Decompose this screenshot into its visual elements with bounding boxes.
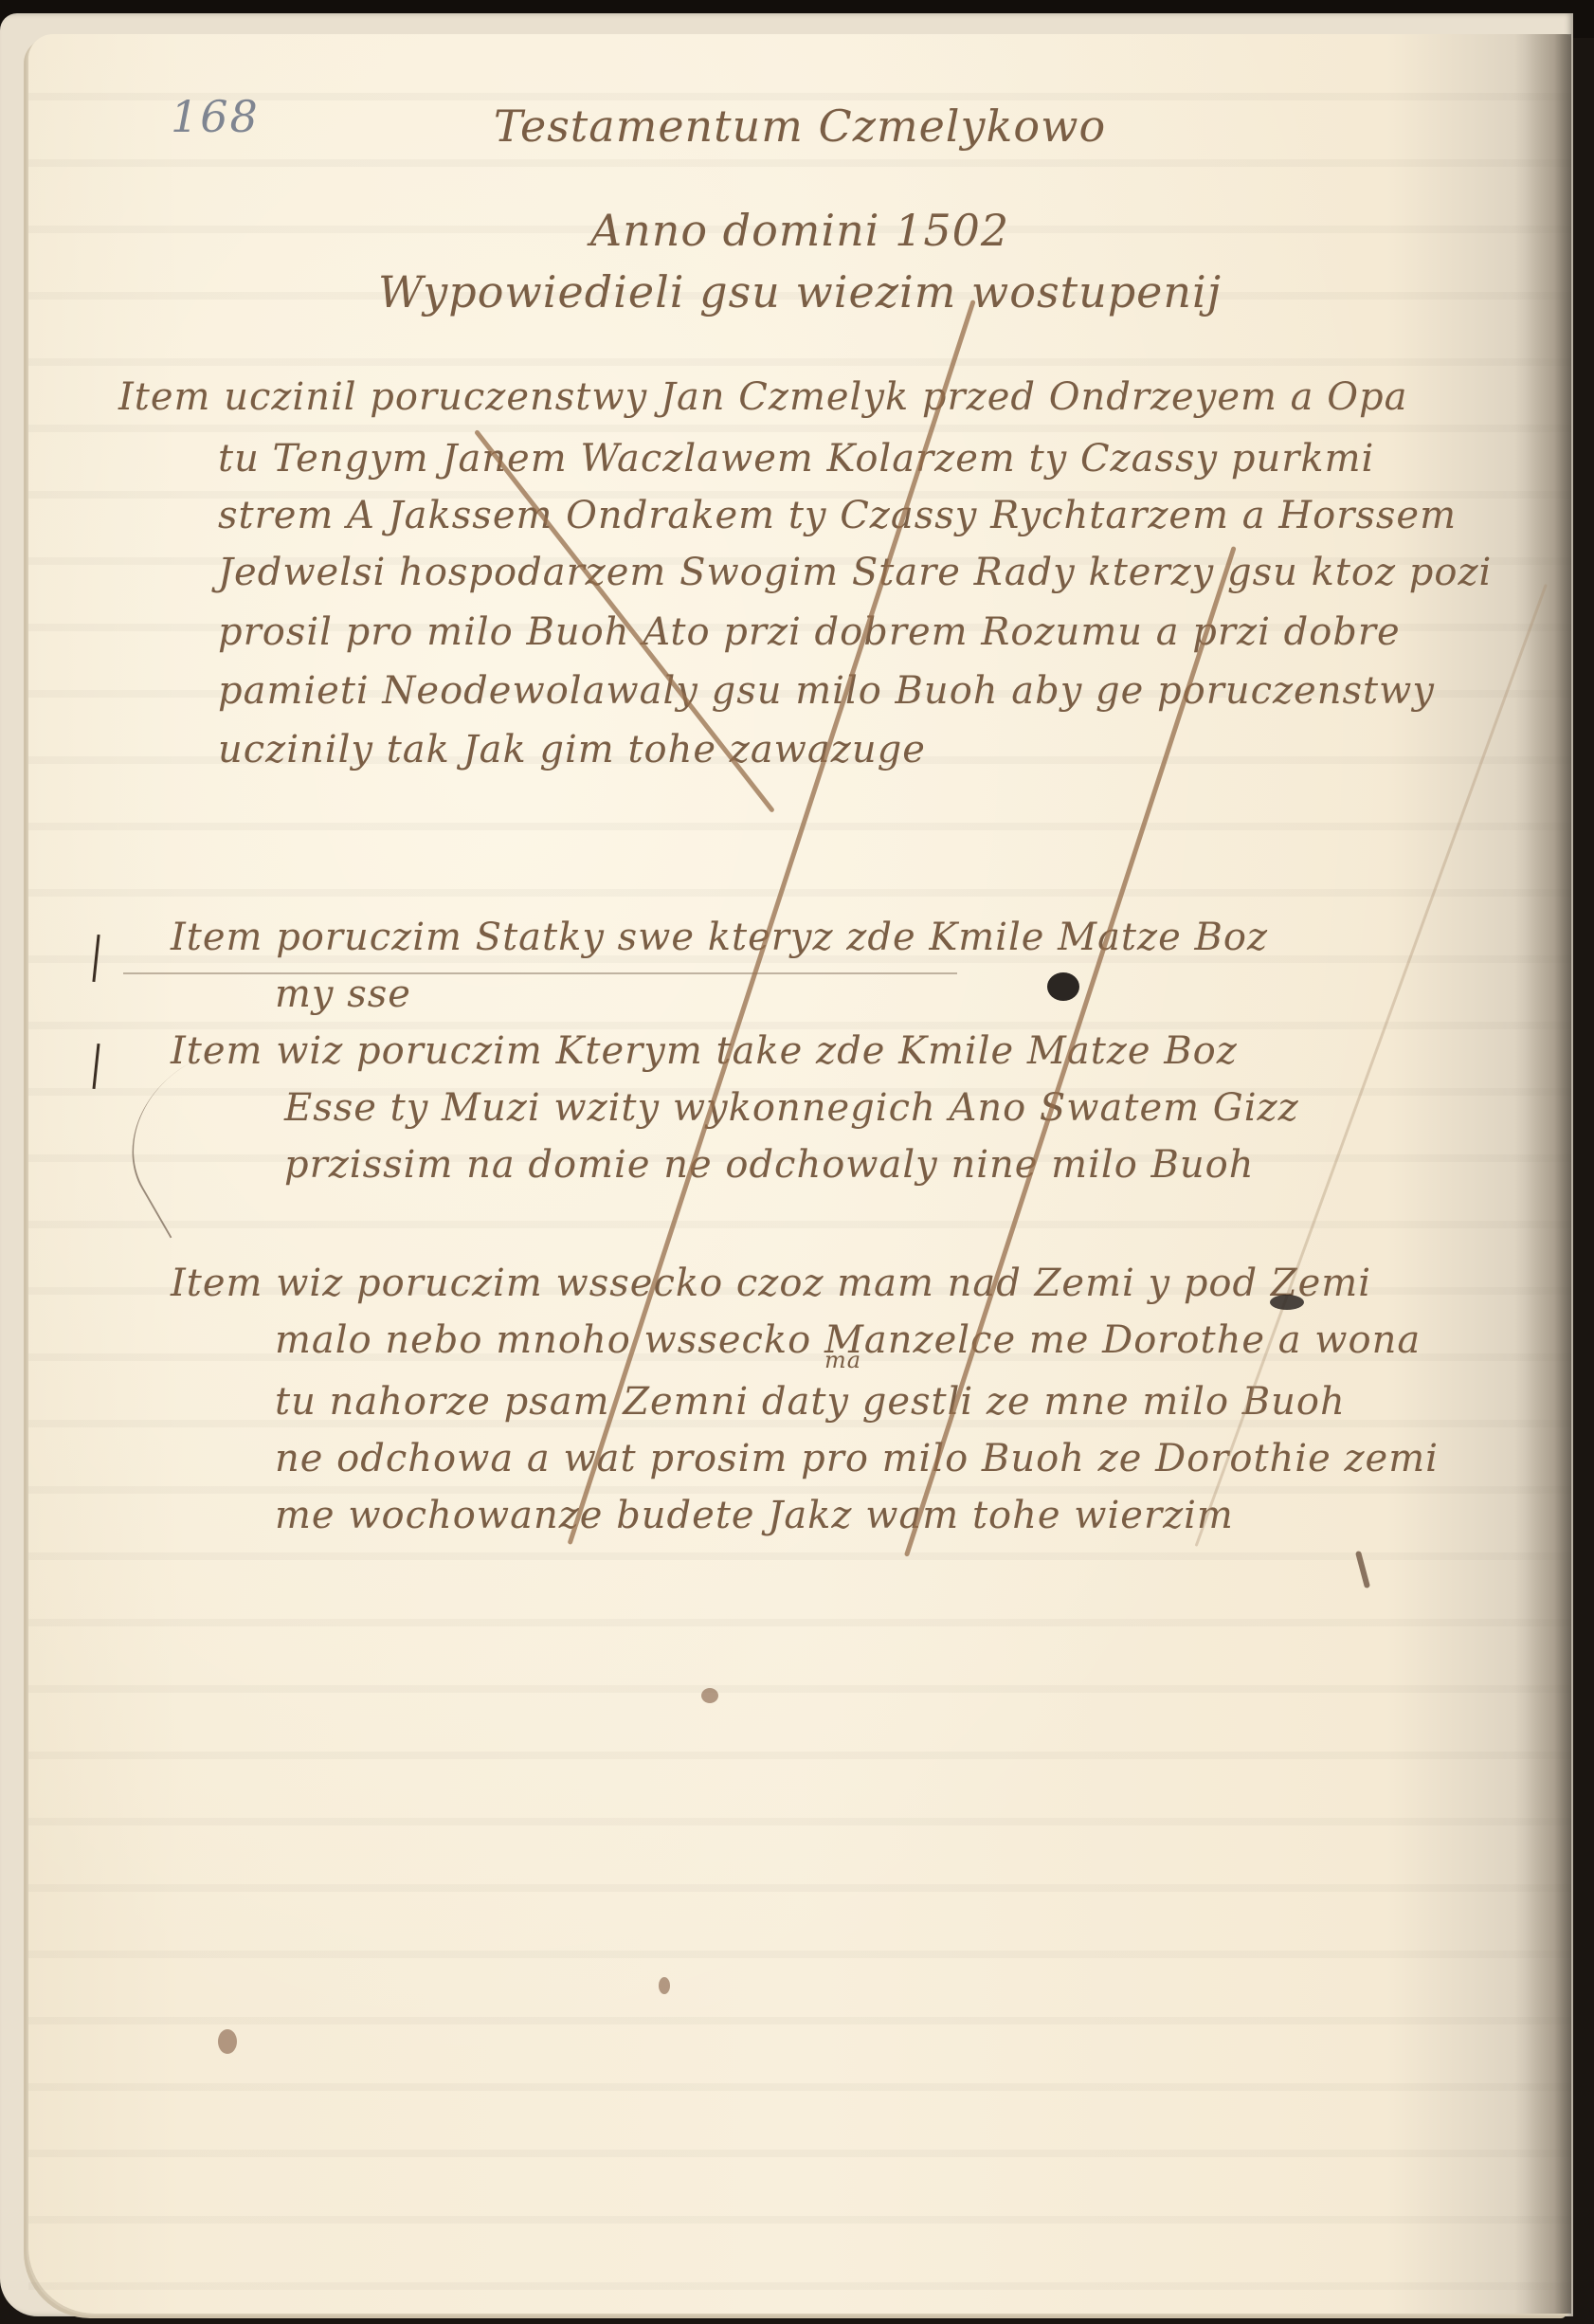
margin-tick-mark xyxy=(92,935,100,982)
cancellation-stroke-faint xyxy=(1195,584,1548,1547)
entry-line: tu Tengym Janem Waczlawem Kolarzem ty Cz… xyxy=(218,437,1374,481)
ink-blot xyxy=(1047,972,1079,1001)
closing-flourish xyxy=(1355,1551,1370,1589)
document-date: Anno domini 1502 xyxy=(28,205,1571,256)
ruled-line xyxy=(123,972,957,974)
entry-line: my sse xyxy=(275,972,411,1016)
manuscript-page: 168 Testamentum Czmelykowo Anno domini 1… xyxy=(28,34,1571,2314)
entry-line: tu nahorze psam Zemni daty gestli ze mne… xyxy=(275,1380,1346,1424)
binding-gutter xyxy=(1514,34,1571,2314)
ink-blot xyxy=(1270,1295,1304,1310)
document-subtitle: Wypowiedieli gsu wiezim wostupenij xyxy=(28,266,1571,318)
entry-line: Item uczinil poruczenstwy Jan Czmelyk pr… xyxy=(118,375,1407,419)
entry-line: ne odchowa a wat prosim pro milo Buoh ze… xyxy=(275,1437,1439,1480)
entry-line: Esse ty Muzi wzity wykonnegich Ano Swate… xyxy=(284,1086,1299,1130)
entry-line: Jedwelsi hospodarzem Swogim Stare Rady k… xyxy=(218,551,1492,594)
entry-line: przissim na domie ne odchowaly nine milo… xyxy=(284,1143,1255,1187)
margin-tick-mark xyxy=(92,1044,100,1089)
page-stack-edges: 168 Testamentum Czmelykowo Anno domini 1… xyxy=(0,13,1573,2316)
entry-line: strem A Jakssem Ondrakem ty Czassy Rycht… xyxy=(218,494,1457,537)
ink-stain xyxy=(218,2029,237,2054)
interlinear-note: ma xyxy=(824,1347,861,1373)
entry-line: me wochowanze budete Jakz wam tohe wierz… xyxy=(275,1494,1234,1537)
ink-stain xyxy=(701,1688,718,1703)
ink-stain xyxy=(659,1977,670,1994)
entry-line: Item wiz poruczim wssecko czoz mam nad Z… xyxy=(171,1262,1371,1305)
document-title: Testamentum Czmelykowo xyxy=(28,100,1571,152)
entry-line: pamieti Neodewolawaly gsu milo Buoh aby … xyxy=(218,669,1435,713)
entry-line: prosil pro milo Buoh Ato przi dobrem Roz… xyxy=(218,610,1401,654)
